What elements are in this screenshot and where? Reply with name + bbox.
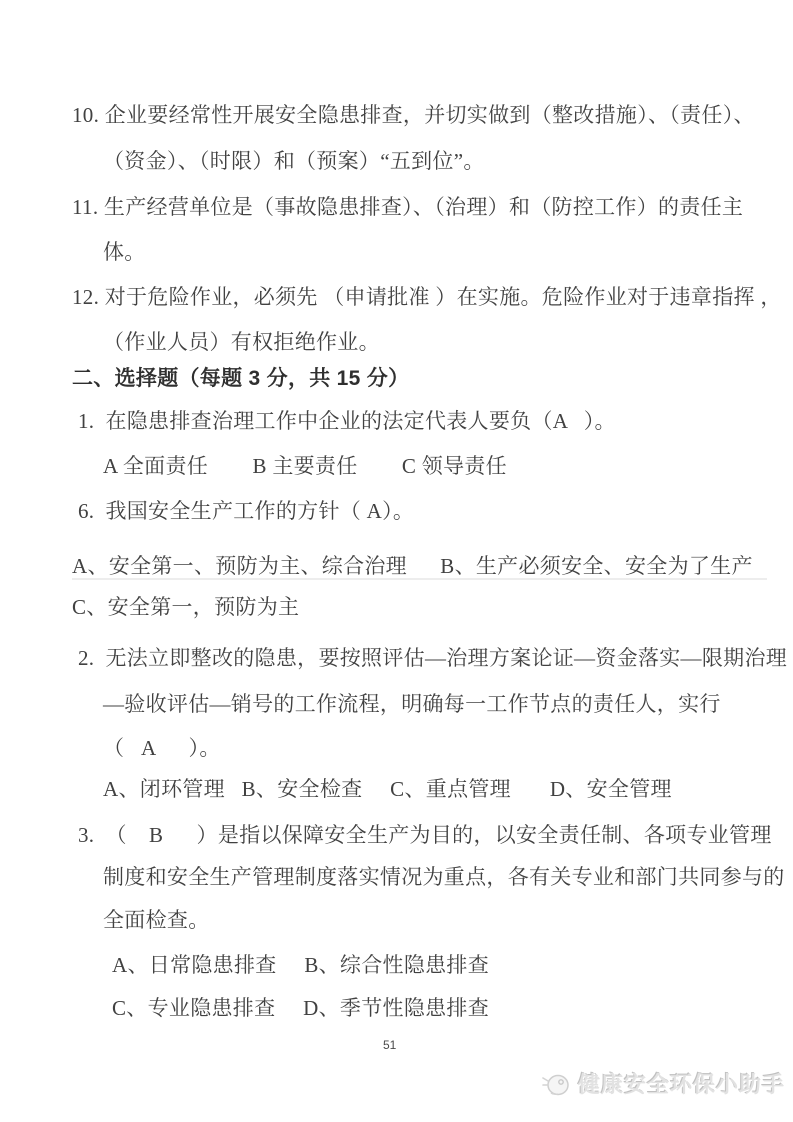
fill-question-12-line-1: 12. 对于危险作业，必须先 （申请批准 ）在实施。危险作业对于违章指挥 ， — [72, 282, 782, 312]
section-heading-choice-questions: 二、选择题（每题 3 分，共 15 分） — [72, 364, 409, 394]
choice-question-2-stem-line-2: —验收评估—销号的工作流程，明确每一工作节点的责任人，实行 — [103, 689, 721, 719]
choice-question-3-options-cd: C、专业隐患排查 D、季节性隐患排查 — [112, 993, 489, 1023]
choice-question-6-option-c: C、安全第一，预防为主 — [72, 592, 299, 622]
choice-question-2-options: A、闭环管理 B、安全检查 C、重点管理 D、安全管理 — [103, 774, 672, 804]
choice-question-3-stem-line-1: 3. （ B ）是指以保障安全生产为目的，以安全责任制、各项专业管理 — [78, 820, 772, 850]
choice-question-3-options-ab: A、日常隐患排查 B、综合性隐患排查 — [112, 950, 489, 980]
choice-question-3-stem-line-2: 制度和安全生产管理制度落实情况为重点，各有关专业和部门共同参与的 — [103, 862, 785, 892]
choice-question-2-stem-line-1: 2. 无法立即整改的隐患，要按照评估—治理方案论证—资金落实—限期治理 — [78, 643, 787, 673]
choice-question-6-options-ab: A、安全第一、预防为主、综合治理 B、生产必须安全、安全为了生产 — [72, 551, 753, 581]
fill-question-10-line-1: 10. 企业要经常性开展安全隐患排查，并切实做到（整改措施）、（责任）、 — [72, 100, 755, 130]
document-page: 10. 企业要经常性开展安全隐患排查，并切实做到（整改措施）、（责任）、 （资金… — [0, 0, 793, 1122]
choice-question-1-options: A 全面责任 B 主要责任 C 领导责任 — [103, 451, 507, 481]
fill-question-10-line-2: （资金）、（时限）和（预案）“五到位”。 — [103, 146, 485, 176]
watermark-label: 健康安全环保小助手 — [578, 1068, 785, 1099]
choice-question-2-answer-blank: （ A ）。 — [103, 733, 221, 763]
fill-question-12-line-2: （作业人员）有权拒绝作业。 — [103, 327, 380, 357]
choice-question-1-stem: 1. 在隐患排查治理工作中企业的法定代表人要负（A ）。 — [78, 406, 616, 436]
watermark: 健康安全环保小助手 — [542, 1068, 785, 1099]
fill-question-11-line-1: 11. 生产经营单位是（事故隐患排查）、（治理）和（防控工作）的责任主 — [72, 192, 743, 222]
page-number: 51 — [383, 1038, 396, 1052]
scan-artifact-line — [72, 578, 767, 580]
choice-question-3-stem-line-3: 全面检查。 — [103, 905, 210, 935]
bird-logo-icon — [542, 1071, 572, 1097]
choice-question-6-stem: 6. 我国安全生产工作的方针（ A）。 — [78, 496, 414, 526]
fill-question-11-line-2: 体。 — [103, 237, 146, 267]
